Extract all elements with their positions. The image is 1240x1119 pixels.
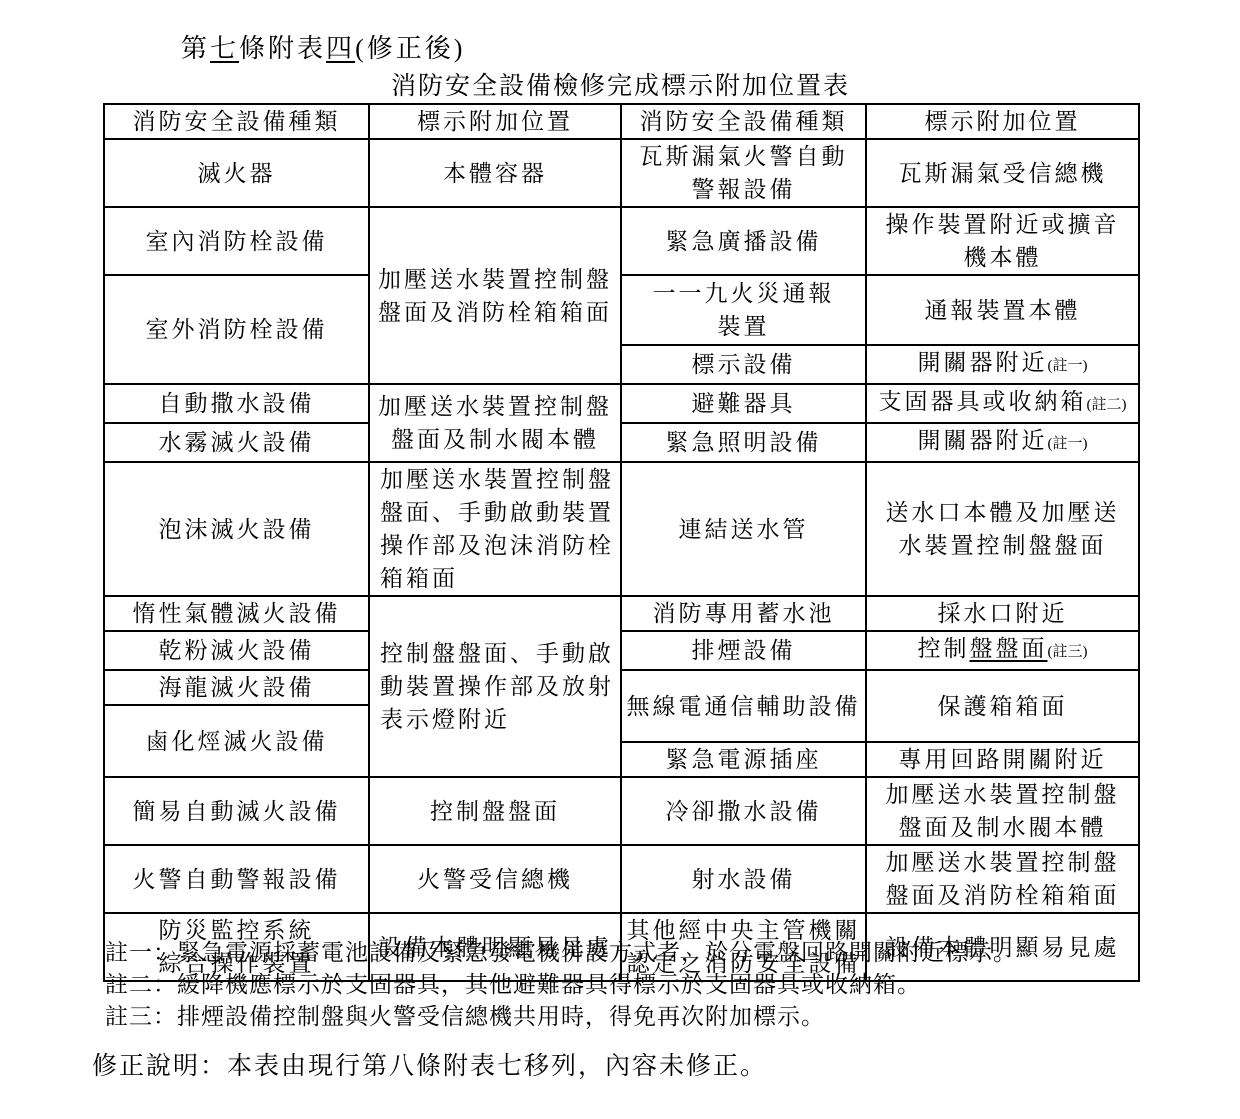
column-header-equipment-type-right: 消防安全設備種類 <box>621 104 866 139</box>
column-header-label-position-right: 標示附加位置 <box>866 104 1139 139</box>
equipment-cell: 冷卻撒水設備 <box>621 777 866 845</box>
table-row: 惰性氣體滅火設備 控制盤盤面、手動啟 動裝置操作部及放射 表示燈附近 消防專用蓄… <box>104 596 1139 631</box>
equipment-cell: 火警自動警報設備 <box>104 845 369 913</box>
equipment-cell: 排煙設備 <box>621 631 866 670</box>
location-text: 支固器具或收納箱 <box>879 389 1087 414</box>
title-underlined-article: 七 <box>210 34 239 63</box>
table-row: 滅火器 本體容器 瓦斯漏氣火警自動 警報設備 瓦斯漏氣受信總機 <box>104 139 1139 207</box>
footnotes: 註一：緊急電源採蓄電池設備及緊急發電機併設方式者，於分電盤回路開關附近標示。 註… <box>105 937 1215 1033</box>
equipment-cell: 無線電通信輔助設備 <box>621 670 866 742</box>
location-cell: 保護箱箱面 <box>866 670 1139 742</box>
table-row: 水霧滅火設備 緊急照明設備 開關器附近(註一) <box>104 423 1139 462</box>
table-row: 火警自動警報設備 火警受信總機 射水設備 加壓送水裝置控制盤 盤面及消防栓箱箱面 <box>104 845 1139 913</box>
note-reference: (註一) <box>1048 358 1088 374</box>
title-part: 條附表 <box>239 34 326 63</box>
location-cell: 本體容器 <box>369 139 621 207</box>
footnote-2: 註二：緩降機應標示於支固器具，其他避難器具得標示於支固器具或收納箱。 <box>105 969 1215 1001</box>
footnote-1: 註一：緊急電源採蓄電池設備及緊急發電機併設方式者，於分電盤回路開關附近標示。 <box>105 937 1215 969</box>
location-text: 開關器附近 <box>918 350 1048 375</box>
column-header-label-position-left: 標示附加位置 <box>369 104 621 139</box>
note-reference: (註二) <box>1087 397 1127 413</box>
fire-safety-label-position-table: 消防安全設備種類 標示附加位置 消防安全設備種類 標示附加位置 滅火器 本體容器… <box>103 103 1140 982</box>
location-cell: 送水口本體及加壓送 水裝置控制盤盤面 <box>866 462 1139 596</box>
revision-note: 修正說明：本表由現行第八條附表七移列，內容未修正。 <box>92 1046 767 1082</box>
note-reference: (註三) <box>1048 644 1088 660</box>
location-cell: 控制盤盤面 <box>369 777 621 845</box>
equipment-cell: 室內消防栓設備 <box>104 207 369 275</box>
header-row: 消防安全設備種類 標示附加位置 消防安全設備種類 標示附加位置 <box>104 104 1139 139</box>
location-cell: 控制盤盤面、手動啟 動裝置操作部及放射 表示燈附近 <box>369 596 621 777</box>
equipment-cell: 瓦斯漏氣火警自動 警報設備 <box>621 139 866 207</box>
equipment-cell: 緊急廣播設備 <box>621 207 866 275</box>
location-text: 開關器附近 <box>918 428 1048 453</box>
equipment-cell: 乾粉滅火設備 <box>104 631 369 670</box>
location-underlined-text: 盤盤面 <box>970 636 1048 661</box>
equipment-cell: 水霧滅火設備 <box>104 423 369 462</box>
location-cell: 加壓送水裝置控制盤 盤面及制水閥本體 <box>866 777 1139 845</box>
location-cell: 通報裝置本體 <box>866 275 1139 345</box>
location-cell: 專用回路開關附近 <box>866 742 1139 777</box>
title-part: (修正後) <box>355 34 465 63</box>
equipment-cell: 惰性氣體滅火設備 <box>104 596 369 631</box>
table-row: 海龍滅火設備 無線電通信輔助設備 保護箱箱面 <box>104 670 1139 705</box>
location-cell: 開關器附近(註一) <box>866 345 1139 384</box>
equipment-cell: 海龍滅火設備 <box>104 670 369 705</box>
table-row: 自動撒水設備 加壓送水裝置控制盤 盤面及制水閥本體 避難器具 支固器具或收納箱(… <box>104 384 1139 423</box>
location-cell: 加壓送水裝置控制盤 盤面及消防栓箱箱面 <box>369 207 621 384</box>
equipment-cell: 一一九火災通報 裝置 <box>621 275 866 345</box>
table-row: 簡易自動滅火設備 控制盤盤面 冷卻撒水設備 加壓送水裝置控制盤 盤面及制水閥本體 <box>104 777 1139 845</box>
location-cell: 加壓送水裝置控制盤 盤面、手動啟動裝置 操作部及泡沫消防栓 箱箱面 <box>369 462 621 596</box>
location-cell: 火警受信總機 <box>369 845 621 913</box>
equipment-cell: 標示設備 <box>621 345 866 384</box>
note-reference: (註一) <box>1048 436 1088 452</box>
title-part: 第 <box>181 34 210 63</box>
equipment-cell: 消防專用蓄水池 <box>621 596 866 631</box>
equipment-cell: 鹵化烴滅火設備 <box>104 705 369 777</box>
footnote-3: 註三：排煙設備控制盤與火警受信總機共用時，得免再次附加標示。 <box>105 1001 1215 1033</box>
location-cell: 採水口附近 <box>866 596 1139 631</box>
equipment-cell: 連結送水管 <box>621 462 866 596</box>
location-cell: 操作裝置附近或擴音 機本體 <box>866 207 1139 275</box>
title-underlined-table-no: 四 <box>326 34 355 63</box>
location-cell: 加壓送水裝置控制盤 盤面及制水閥本體 <box>369 384 621 462</box>
table-row: 泡沫滅火設備 加壓送水裝置控制盤 盤面、手動啟動裝置 操作部及泡沫消防栓 箱箱面… <box>104 462 1139 596</box>
equipment-cell: 簡易自動滅火設備 <box>104 777 369 845</box>
equipment-cell: 避難器具 <box>621 384 866 423</box>
document-page: 第七條附表四(修正後) 消防安全設備檢修完成標示附加位置表 消防安全設備種類 標… <box>0 0 1240 1119</box>
location-cell: 瓦斯漏氣受信總機 <box>866 139 1139 207</box>
equipment-cell: 自動撒水設備 <box>104 384 369 423</box>
location-cell: 控制盤盤面(註三) <box>866 631 1139 670</box>
table-row: 室外消防栓設備 一一九火災通報 裝置 通報裝置本體 <box>104 275 1139 345</box>
equipment-cell: 泡沫滅火設備 <box>104 462 369 596</box>
column-header-equipment-type-left: 消防安全設備種類 <box>104 104 369 139</box>
equipment-cell: 室外消防栓設備 <box>104 275 369 384</box>
location-cell: 支固器具或收納箱(註二) <box>866 384 1139 423</box>
location-text: 控制 <box>918 636 970 661</box>
table-row: 室內消防栓設備 加壓送水裝置控制盤 盤面及消防栓箱箱面 緊急廣播設備 操作裝置附… <box>104 207 1139 275</box>
equipment-cell: 緊急照明設備 <box>621 423 866 462</box>
location-cell: 加壓送水裝置控制盤 盤面及消防栓箱箱面 <box>866 845 1139 913</box>
equipment-cell: 緊急電源插座 <box>621 742 866 777</box>
table-title: 消防安全設備檢修完成標示附加位置表 <box>103 66 1138 102</box>
page-title: 第七條附表四(修正後) <box>181 28 465 65</box>
equipment-cell: 射水設備 <box>621 845 866 913</box>
equipment-cell: 滅火器 <box>104 139 369 207</box>
table-row: 乾粉滅火設備 排煙設備 控制盤盤面(註三) <box>104 631 1139 670</box>
location-cell: 開關器附近(註一) <box>866 423 1139 462</box>
